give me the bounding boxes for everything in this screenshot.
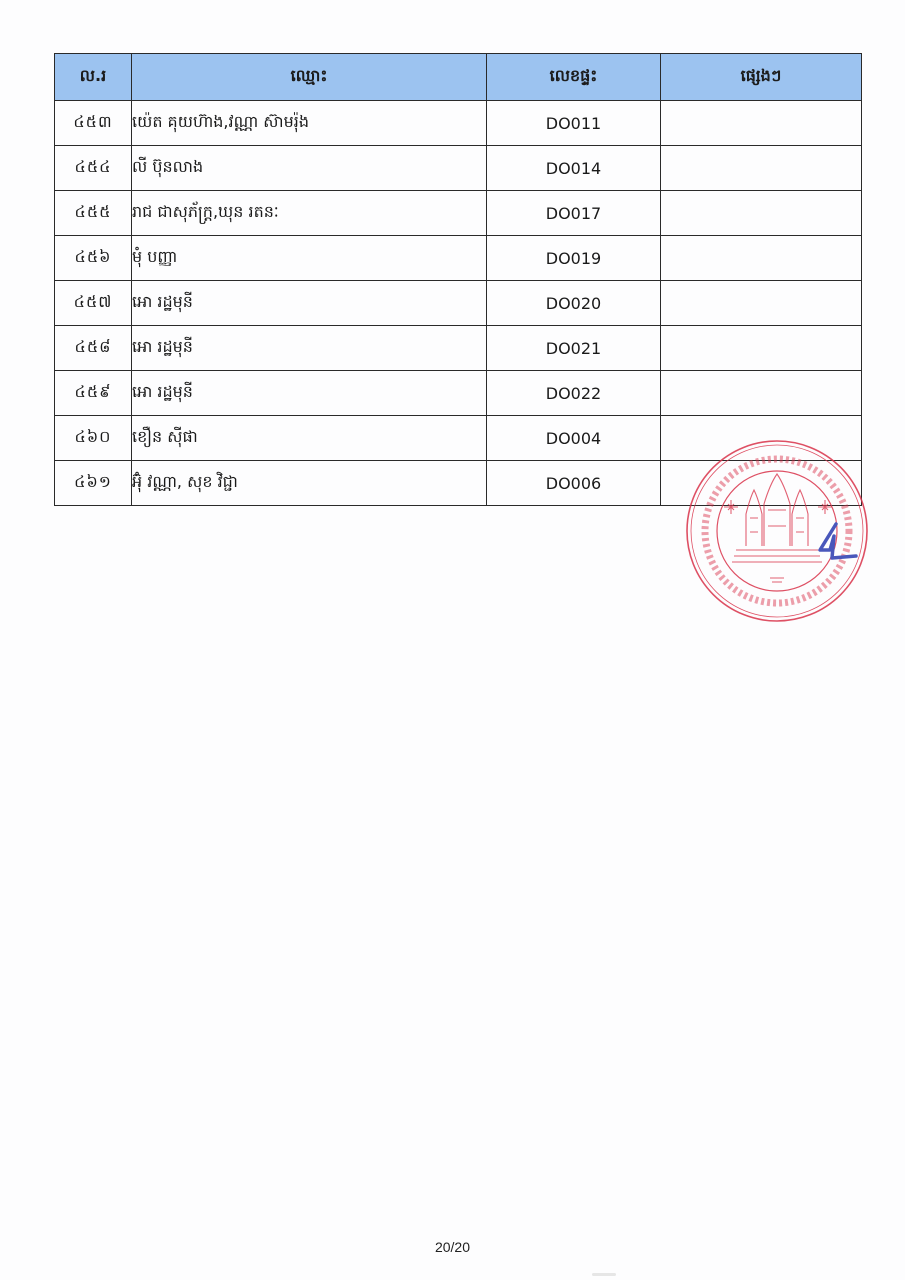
row-house-number: DO006: [487, 461, 661, 506]
row-house-number: DO022: [487, 371, 661, 416]
table-row: ៤៦១ អ៊ុំ វណ្ណា, សុខ វិជ្ជា DO006: [55, 461, 862, 506]
header-name: ឈ្មោះ: [132, 54, 487, 101]
header-other: ផ្សេងៗ: [661, 54, 862, 101]
row-house-number: DO021: [487, 326, 661, 371]
row-other: [661, 146, 862, 191]
row-name: អោ រដ្ឋមុនី: [132, 281, 487, 326]
row-house-number: DO019: [487, 236, 661, 281]
row-no: ៤៥៤: [55, 146, 132, 191]
row-other: [661, 191, 862, 236]
page-number: 20/20: [0, 1239, 905, 1255]
table-row: ៤៦០ ខឿន ស៊ីផា DO004: [55, 416, 862, 461]
row-no: ៤៦១: [55, 461, 132, 506]
row-other: [661, 281, 862, 326]
table-row: ៤៥៨ អោ រដ្ឋមុនី DO021: [55, 326, 862, 371]
scan-smudge: [592, 1273, 616, 1276]
row-name: អោ រដ្ឋមុនី: [132, 371, 487, 416]
row-house-number: DO011: [487, 101, 661, 146]
document-page: ល.រ ឈ្មោះ លេខផ្ទះ ផ្សេងៗ ៤៥៣ យ៉េត គុយហ៊ា…: [0, 0, 905, 1280]
row-other: [661, 101, 862, 146]
table-row: ៤៥៦ មុំ បញ្ញា DO019: [55, 236, 862, 281]
row-house-number: DO020: [487, 281, 661, 326]
table-row: ៤៥៤ លី ប៊ុនលាង DO014: [55, 146, 862, 191]
table-row: ៤៥៥ រាជ ជាសុភ័ក្រ្ត,ឃុន រតនៈ DO017: [55, 191, 862, 236]
row-no: ៤៥៧: [55, 281, 132, 326]
table-row: ៤៥៧ អោ រដ្ឋមុនី DO020: [55, 281, 862, 326]
row-house-number: DO004: [487, 416, 661, 461]
row-other: [661, 326, 862, 371]
row-house-number: DO017: [487, 191, 661, 236]
row-name: អោ រដ្ឋមុនី: [132, 326, 487, 371]
header-no: ល.រ: [55, 54, 132, 101]
header-house-number: លេខផ្ទះ: [487, 54, 661, 101]
row-other: [661, 461, 862, 506]
row-no: ៤៦០: [55, 416, 132, 461]
residents-table: ល.រ ឈ្មោះ លេខផ្ទះ ផ្សេងៗ ៤៥៣ យ៉េត គុយហ៊ា…: [54, 53, 862, 506]
table-header-row: ល.រ ឈ្មោះ លេខផ្ទះ ផ្សេងៗ: [55, 54, 862, 101]
row-name: លី ប៊ុនលាង: [132, 146, 487, 191]
row-name: រាជ ជាសុភ័ក្រ្ត,ឃុន រតនៈ: [132, 191, 487, 236]
row-name: អ៊ុំ វណ្ណា, សុខ វិជ្ជា: [132, 461, 487, 506]
row-no: ៤៥៩: [55, 371, 132, 416]
row-no: ៤៥៨: [55, 326, 132, 371]
row-no: ៤៥៥: [55, 191, 132, 236]
row-name: យ៉េត គុយហ៊ាង,វណ្ណា ស៊ាមរ៉ុង: [132, 101, 487, 146]
row-other: [661, 236, 862, 281]
row-name: ខឿន ស៊ីផា: [132, 416, 487, 461]
table-row: ៤៥៩ អោ រដ្ឋមុនី DO022: [55, 371, 862, 416]
row-name: មុំ បញ្ញា: [132, 236, 487, 281]
row-other: [661, 416, 862, 461]
row-other: [661, 371, 862, 416]
row-no: ៤៥៦: [55, 236, 132, 281]
row-house-number: DO014: [487, 146, 661, 191]
table-row: ៤៥៣ យ៉េត គុយហ៊ាង,វណ្ណា ស៊ាមរ៉ុង DO011: [55, 101, 862, 146]
row-no: ៤៥៣: [55, 101, 132, 146]
